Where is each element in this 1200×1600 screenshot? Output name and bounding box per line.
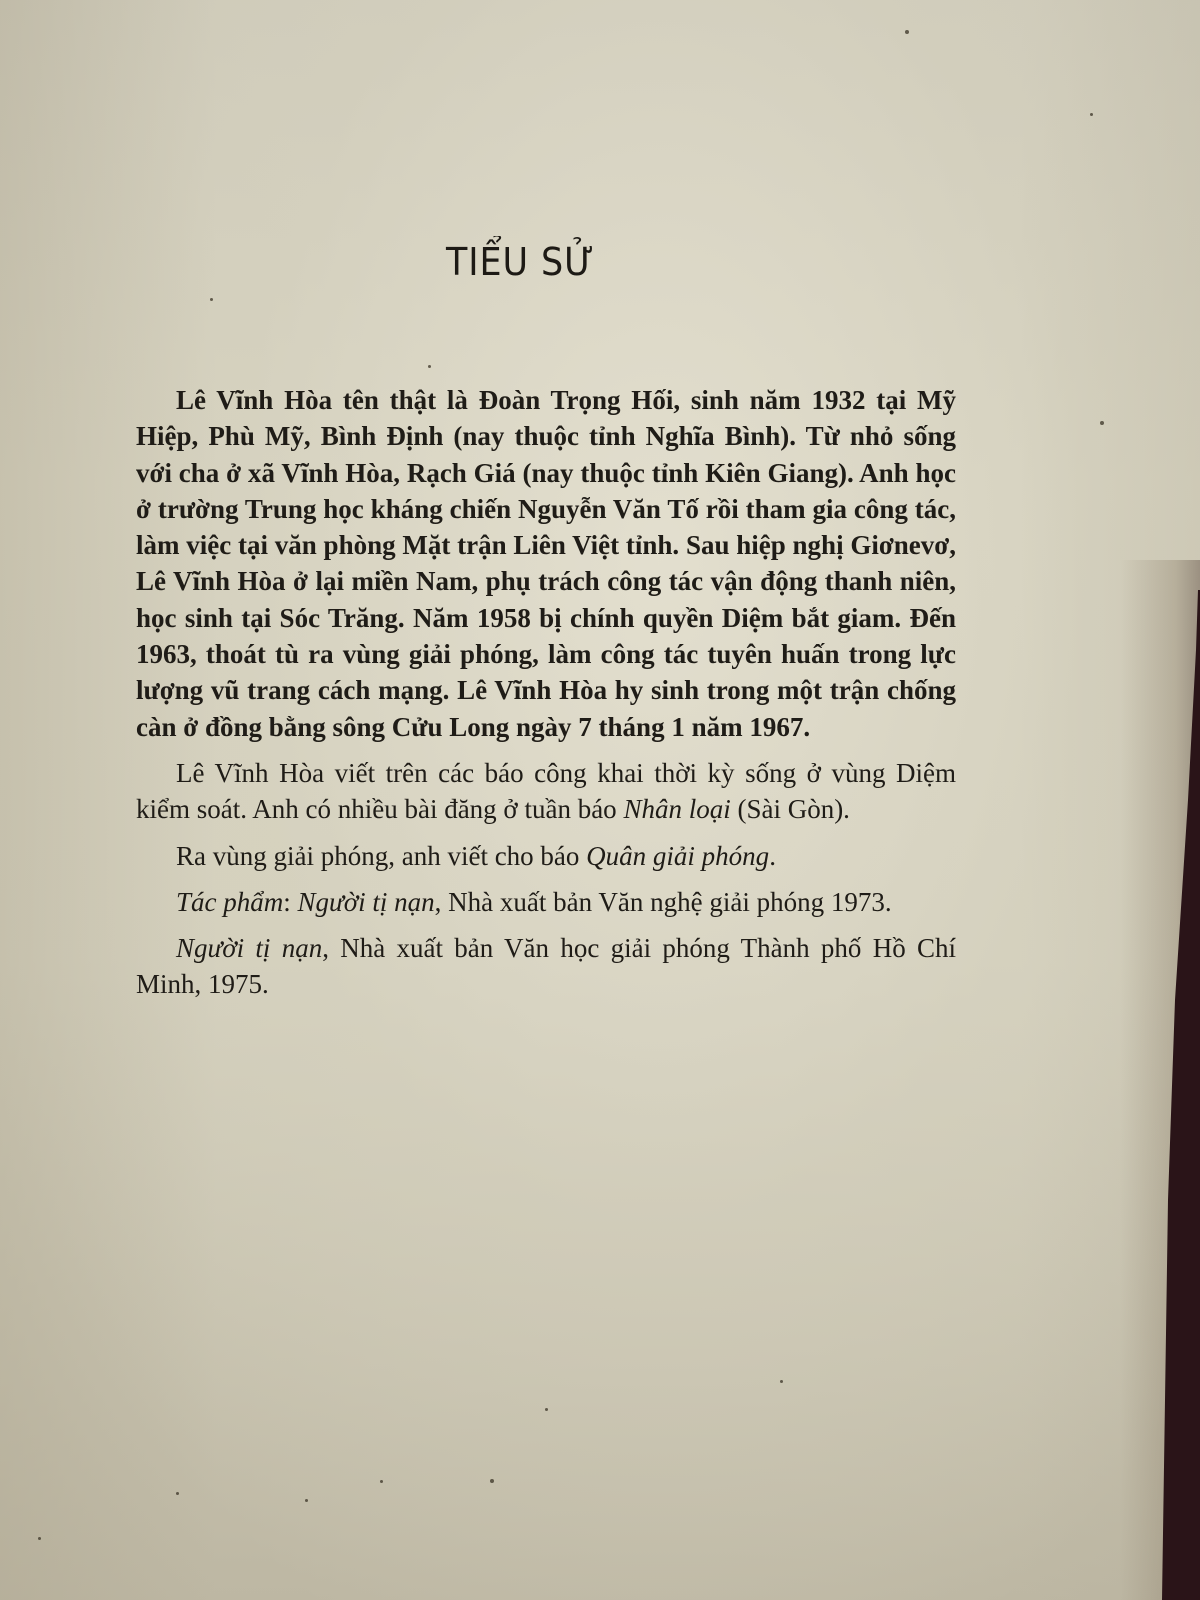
paper-speck [1100,421,1104,425]
paper-speck [380,1480,383,1483]
paper-speck [428,365,431,368]
paragraph-text: . [769,841,776,871]
works-entry-1: Tác phẩm: Người tị nạn, Nhà xuất bản Văn… [136,884,956,920]
newspaper-title-quan-giai-phong: Quân giải phóng [586,841,769,871]
paper-speck [210,298,213,301]
paper-speck [905,30,909,34]
paper-speck [545,1408,548,1411]
works-separator: : [283,887,297,917]
paper-speck [38,1537,41,1540]
biography-paragraph-life: Lê Vĩnh Hòa tên thật là Đoàn Trọng Hối, … [136,382,956,745]
newspaper-title-nhan-loai: Nhân loại [623,794,730,824]
paper-speck [490,1479,494,1483]
biography-body: Lê Vĩnh Hòa tên thật là Đoàn Trọng Hối, … [136,382,956,1013]
biography-paragraph-liberation: Ra vùng giải phóng, anh viết cho báo Quâ… [136,838,956,874]
works-entry-2: Người tị nạn, Nhà xuất bản Văn học giải … [136,930,956,1003]
paragraph-text: Ra vùng giải phóng, anh viết cho báo [176,841,586,871]
work-title: Người tị nạn [298,887,435,917]
page-title: TIỂU SỬ [446,240,595,284]
paragraph-text: (Sài Gòn). [731,794,850,824]
paper-speck [176,1492,179,1495]
work-title: Người tị nạn [176,933,322,963]
paper-speck [1090,113,1093,116]
paper-speck [780,1380,783,1383]
works-label: Tác phẩm [176,887,283,917]
biography-paragraph-journalism: Lê Vĩnh Hòa viết trên các báo công khai … [136,755,956,828]
paper-speck [305,1499,308,1502]
work-details: , Nhà xuất bản Văn nghệ giải phóng 1973. [435,887,892,917]
